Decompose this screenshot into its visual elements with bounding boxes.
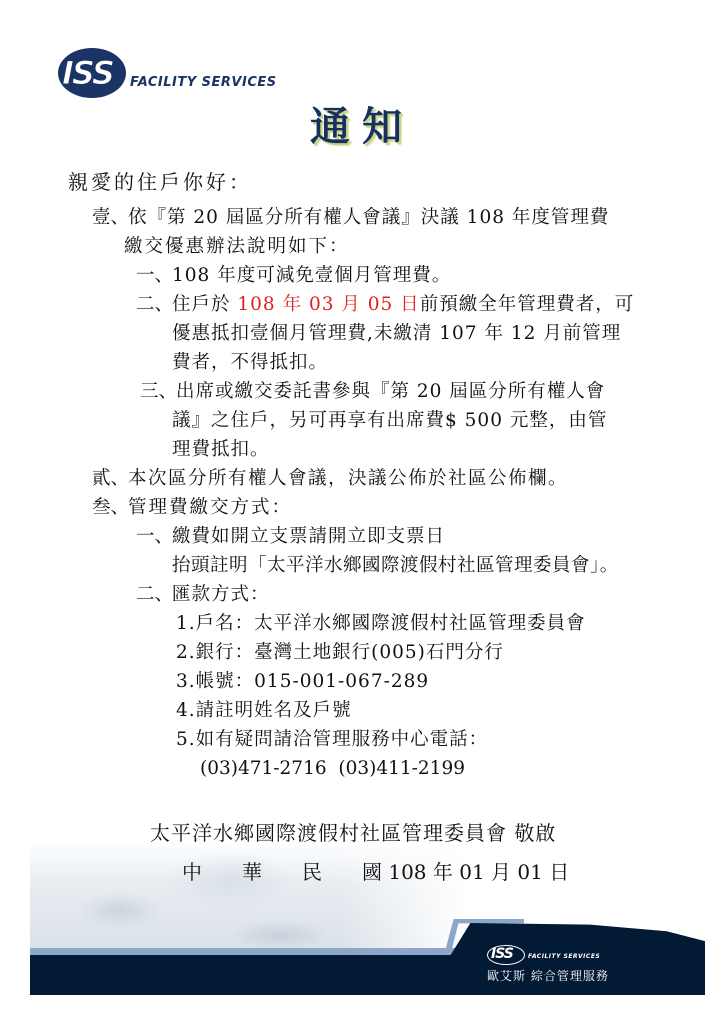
footer-logo-text: FACILITY SERVICES (528, 953, 600, 960)
section-1-line-2: 繳交優惠辦法說明如下： (124, 238, 350, 257)
remit-bank: 2.銀行：臺灣土地銀行(005)石門分行 (176, 644, 504, 663)
puzzle-background-image (30, 840, 470, 955)
section-1-marker: 壹、 (92, 209, 129, 228)
signature-date: 中 華 民 國 108 年 01 月 01 日 (182, 862, 569, 882)
logo-mark: ISS (62, 54, 113, 92)
section-1-item-1-marker: 一、 (136, 267, 173, 286)
logo-text: FACILITY SERVICES (130, 75, 277, 90)
section-1-item-2-line-1: 住戶於 108 年 03 月 05 日前預繳全年管理費者，可 (172, 296, 634, 315)
section-2-text: 本次區分所有權人會議，決議公佈於社區公佈欄。 (128, 470, 568, 489)
footer-tagline: 歐艾斯 綜合管理服務 (487, 967, 609, 984)
text-post: 前預繳全年管理費者，可 (420, 294, 635, 315)
section-1-item-1-text: 108 年度可減免壹個月管理費。 (172, 267, 451, 286)
deadline-highlight: 108 年 03 月 05 日 (237, 294, 419, 315)
section-1-item-3-marker: 三、 (140, 383, 177, 402)
section-1-item-3-line-1: 出席或繳交委託書參與『第 20 屆區分所有權人會 (176, 383, 605, 402)
section-3-item-2-text: 匯款方式： (172, 586, 270, 605)
greeting: 親愛的住戶你好： (68, 172, 252, 192)
section-3-item-1-line-2: 抬頭註明「太平洋水鄉國際渡假村社區管理委員會」。 (172, 557, 619, 576)
signature-org: 太平洋水鄉國際渡假村社區管理委員會 敬啟 (150, 823, 556, 843)
section-3-text: 管理費繳交方式： (128, 499, 292, 518)
page-title: 通知 (0, 95, 724, 152)
section-1-item-2-line-3: 費者，不得抵扣。 (172, 354, 328, 373)
section-1-item-3-line-2: 議』之住戶，另可再享有出席費$ 500 元整，由管 (172, 412, 607, 431)
contact-phones: (03)471-2716 (03)411-2199 (200, 760, 465, 779)
section-1-line-1: 依『第 20 屆區分所有權人會議』決議 108 年度管理費 (128, 209, 609, 228)
footer-iss-logo: ISS FACILITY SERVICES 歐艾斯 綜合管理服務 (487, 945, 677, 985)
section-2-marker: 貳、 (92, 470, 129, 489)
section-3-marker: 叁、 (92, 499, 129, 518)
section-1-item-3-line-3: 理費抵扣。 (172, 441, 270, 460)
remit-account-number: 3.帳號：015-001-067-289 (176, 673, 429, 692)
section-1-item-2-line-2: 優惠抵扣壹個月管理費,未繳清 107 年 12 月前管理 (172, 325, 621, 344)
remit-account-name: 1.戶名：太平洋水鄉國際渡假村社區管理委員會 (176, 615, 586, 634)
remit-contact: 5.如有疑問請洽管理服務中心電話： (176, 731, 488, 750)
section-3-item-2-marker: 二、 (136, 586, 173, 605)
section-3-item-1-marker: 一、 (136, 528, 173, 547)
section-3-item-1-line-1: 繳費如開立支票請開立即支票日 (172, 528, 445, 547)
footer-logo-mark: ISS (491, 946, 513, 962)
remit-note: 4.請註明姓名及戶號 (176, 702, 352, 721)
text-pre: 住戶於 (172, 294, 237, 315)
section-1-item-2-marker: 二、 (136, 296, 173, 315)
